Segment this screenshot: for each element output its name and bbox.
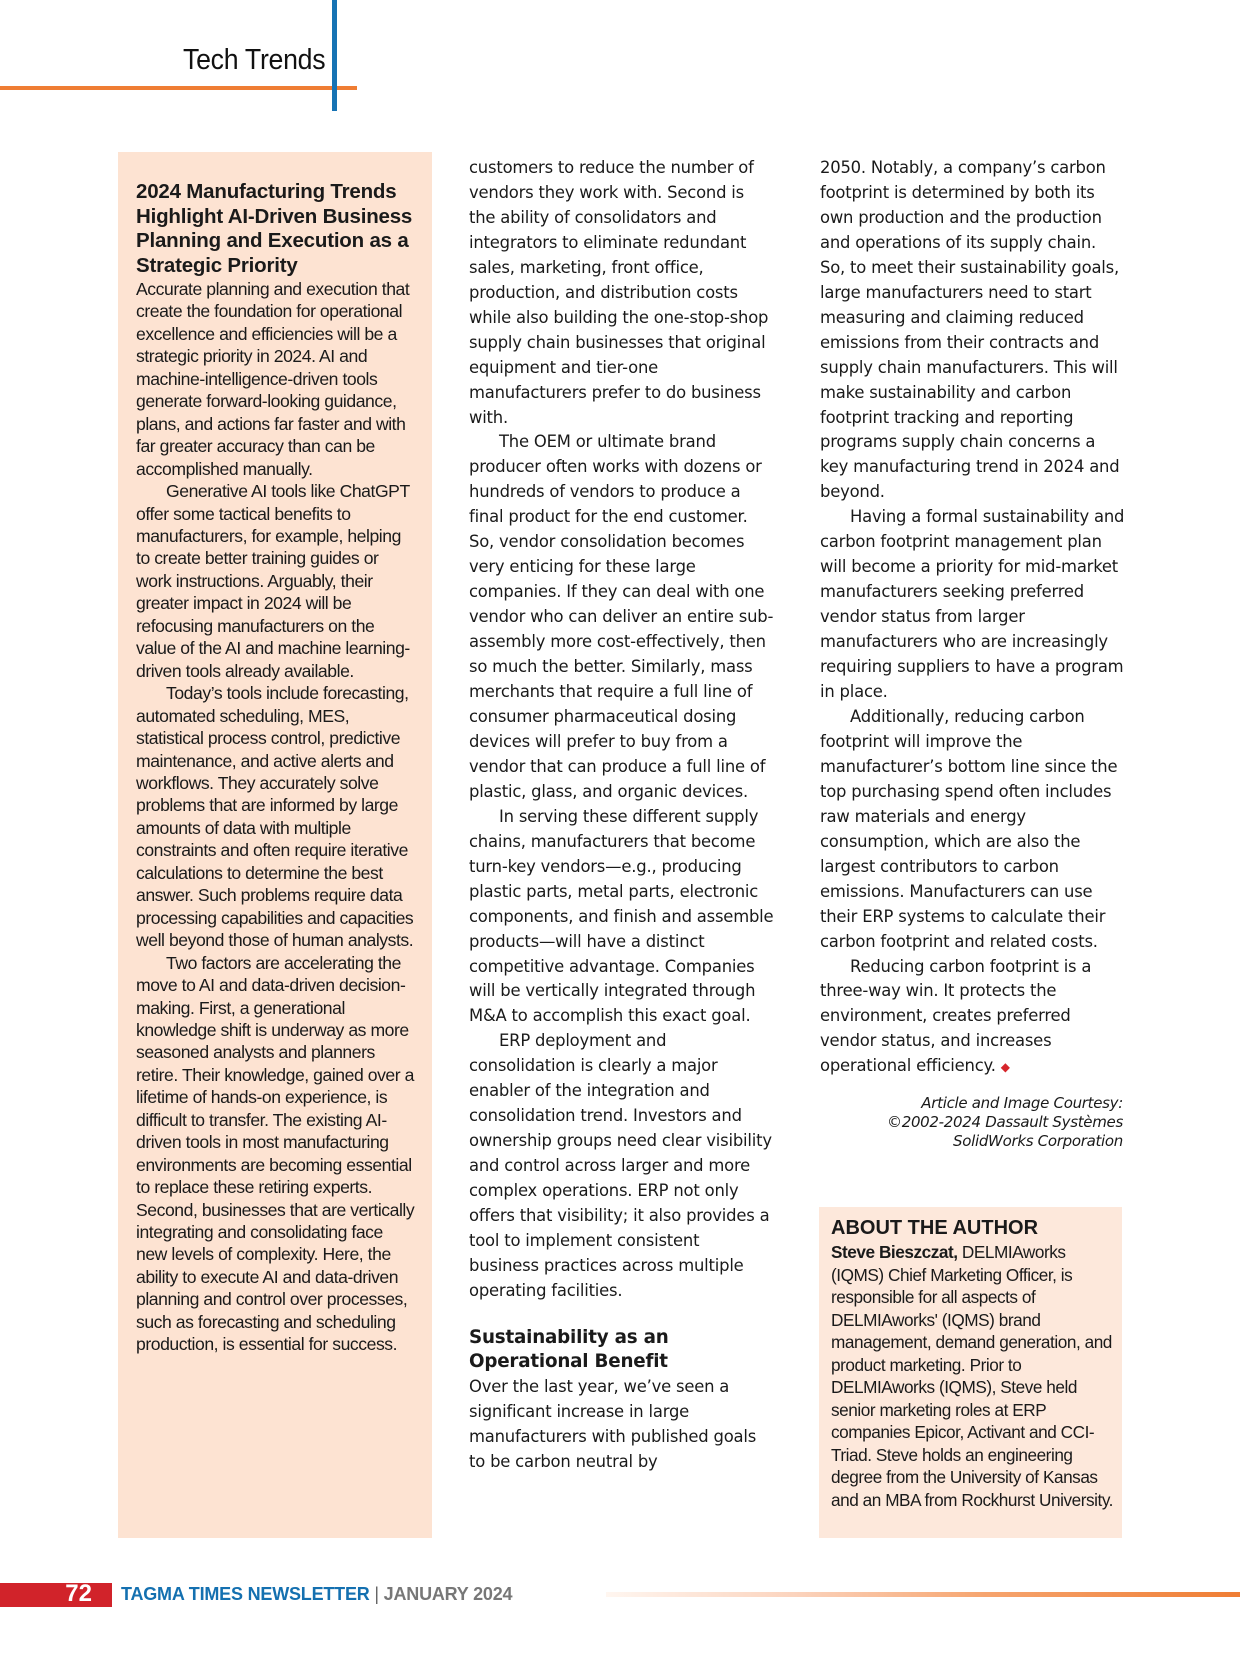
closing-text: Reducing carbon footprint is a three-way… <box>820 957 1091 1076</box>
about-author-box: ABOUT THE AUTHOR Steve Bieszczat, DELMIA… <box>819 1207 1122 1538</box>
closing-paragraph: Reducing carbon footprint is a three-way… <box>820 955 1125 1081</box>
footer-gradient-rule <box>606 1592 1240 1597</box>
issue-date: JANUARY 2024 <box>384 1584 513 1604</box>
sidebar-paragraph: Generative AI tools like ChatGPT offer s… <box>136 480 418 682</box>
article-column-3: 2050. Notably, a company’s carbon footpr… <box>820 156 1125 1151</box>
courtesy-line: Article and Image Courtesy: <box>921 1094 1123 1112</box>
body-paragraph: customers to reduce the number of vendor… <box>469 156 774 430</box>
end-mark-diamond-icon: ◆ <box>1001 1060 1010 1074</box>
footer-publication-line: TAGMA TIMES NEWSLETTER | JANUARY 2024 <box>121 1584 512 1605</box>
courtesy-line: SolidWorks Corporation <box>953 1132 1123 1150</box>
sidebar-paragraph: Today’s tools include forecasting, autom… <box>136 682 418 951</box>
body-paragraph: Over the last year, we’ve seen a signifi… <box>469 1375 774 1475</box>
body-paragraph: Additionally, reducing carbon footprint … <box>820 705 1125 955</box>
author-name: Steve Bieszczat, <box>831 1242 958 1262</box>
section-title: Tech Trends <box>183 44 325 77</box>
body-paragraph: The OEM or ultimate brand producer often… <box>469 430 774 804</box>
author-bio: Steve Bieszczat, DELMIAworks (IQMS) Chie… <box>831 1241 1117 1511</box>
image-courtesy: Article and Image Courtesy: ©2002-2024 D… <box>820 1094 1123 1151</box>
page-number: 72 <box>65 1580 92 1608</box>
body-paragraph: ERP deployment and consolidation is clea… <box>469 1029 774 1303</box>
body-paragraph: 2050. Notably, a company’s carbon footpr… <box>820 156 1125 505</box>
sidebar-article-box: 2024 Manufacturing Trends Highlight AI-D… <box>118 152 432 1538</box>
article-column-2: customers to reduce the number of vendor… <box>469 156 774 1475</box>
author-bio-text: DELMIAworks (IQMS) Chief Marketing Offic… <box>831 1242 1113 1510</box>
publication-name: TAGMA TIMES NEWSLETTER <box>121 1584 370 1604</box>
sidebar-title: 2024 Manufacturing Trends Highlight AI-D… <box>136 180 418 278</box>
footer-separator: | <box>370 1584 384 1604</box>
body-paragraph: In serving these different supply chains… <box>469 805 774 1030</box>
header-orange-rule <box>0 86 357 90</box>
sidebar-paragraph: Two factors are accelerating the move to… <box>136 952 418 1356</box>
body-paragraph: Having a formal sustainability and carbo… <box>820 505 1125 705</box>
author-heading: ABOUT THE AUTHOR <box>831 1215 1117 1241</box>
courtesy-line: ©2002-2024 Dassault Systèmes <box>887 1113 1123 1131</box>
header-blue-rule <box>332 0 337 111</box>
sidebar-paragraph: Accurate planning and execution that cre… <box>136 278 418 480</box>
section-subheading: Sustainability as an Operational Benefit <box>469 1326 774 1375</box>
page-number-badge: 72 <box>0 1583 112 1607</box>
